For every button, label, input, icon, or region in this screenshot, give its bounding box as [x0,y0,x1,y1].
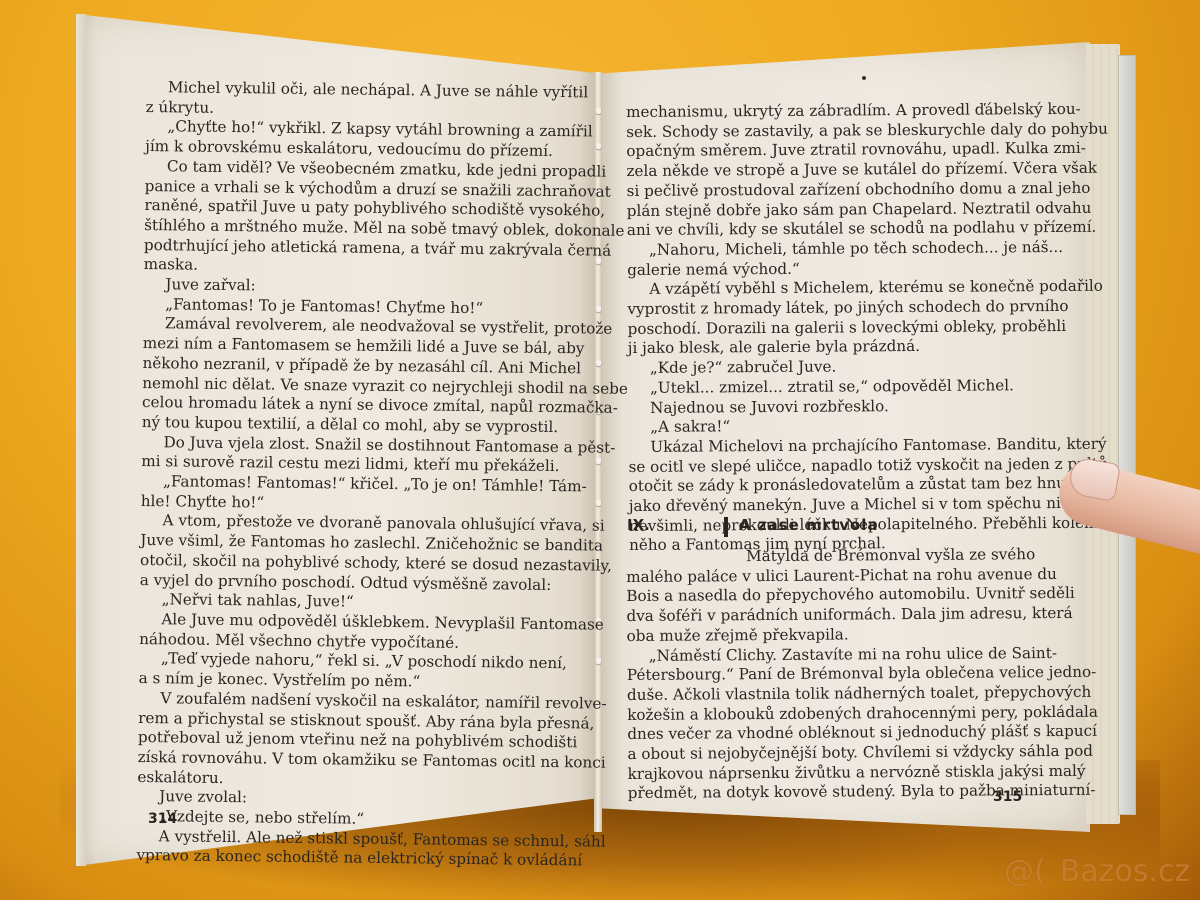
right-page-text-bottom: Matylda de Brémonval vyšla ze svéhomaléh… [626,545,1022,804]
text-line: se ocitl ve slepé uličce, napadlo totiž … [628,455,1022,477]
chapter-heading: IX. A zase mrtvola [627,516,1027,540]
watermark: @(Bazos.cz [1004,854,1190,889]
thumb-holding-page [1060,448,1200,558]
text-line: otočit se zády k pronásledovatelům a zůs… [629,475,1023,497]
stitch-mark [596,108,601,114]
text-line: a obout si nejobyčejnější boty. Chvílemi… [627,742,1021,764]
chapter-title: A zase mrtvola [739,516,879,534]
stitch-mark [596,143,601,149]
text-line: předmět, na dotyk kovově studený. Byla t… [628,782,1022,804]
text-line: ani ve chvíli, kdy se skutálel se schodů… [627,218,1021,240]
text-line: jako dřevěný manekýn. Juve a Michel si v… [629,494,1023,516]
chapter-divider-bar [724,517,728,537]
text-line: krajkovou náprsenku živůtku a nervózně s… [628,762,1022,784]
text-line: Ukázal Michelovi na prchajícího Fantomas… [628,435,1022,457]
stitch-mark [596,360,601,366]
bazos-logo-icon: @( [1004,854,1046,889]
text-line: sek. Schody se zastavily, a pak se blesk… [626,120,1020,142]
stitch-mark [596,658,601,664]
text-line: malého paláce v ulici Laurent-Pichat na … [626,565,1020,587]
text-line: Matylda de Brémonval vyšla ze svého [626,545,1020,567]
text-line: si pečlivě prostudoval zařízení obchodní… [627,179,1021,201]
watermark-text: Bazos.cz [1060,854,1190,889]
text-line: poschodí. Dorazili na galerii s loveckým… [628,317,1022,339]
text-line: A vzápětí vyběhl s Michelem, kterému se … [627,278,1021,300]
text-line: zela někde ve stropě a Juve se kutálel d… [626,159,1020,181]
text-line: kožešin a klobouků zdobených drahocenným… [627,703,1021,725]
text-line: dva šoféři v parádních uniformách. Dala … [626,604,1020,626]
text-line: „A sakra!“ [628,415,1022,437]
text-line: Najednou se Juvovi rozbřesklo. [628,396,1022,418]
text-line: galerie nemá východ.“ [627,258,1021,280]
page-number-left: 314 [148,811,177,827]
text-line: „Kde je?“ zabručel Juve. [628,356,1022,378]
text-line: „Náměstí Clichy. Zastavíte mi na rohu ul… [627,644,1021,666]
text-line: duše. Ačkoli vlastnila tolik nádherných … [627,683,1021,705]
chapter-number: IX. [627,516,650,534]
stitch-mark [596,306,601,312]
stitch-mark [596,458,601,464]
book-cover-edge [1118,55,1136,815]
text-line: mechanismu, ukrytý za zábradlím. A prove… [626,100,1020,122]
text-line: ji jako blesk, ale galerie byla prázdná. [628,337,1022,359]
page-number-right: 315 [993,789,1022,805]
text-line: Bois a nasedla do přepychového automobil… [626,585,1020,607]
left-page-edge [76,14,86,866]
text-line: opačným směrem. Juve ztratil rovnováhu, … [626,140,1020,162]
right-page-text-top: mechanismu, ukrytý za zábradlím. A prove… [626,100,1023,556]
stitch-mark [596,500,601,506]
left-page-text: Michel vykulil oči, ale nechápal. A Juve… [136,78,562,871]
text-line: Pétersbourg.“ Paní de Brémonval byla obl… [627,663,1021,685]
text-line: „Nahoru, Micheli, támhle po těch schodec… [627,238,1021,260]
page-speck [862,76,866,80]
text-line: oba muže zřejmě překvapila. [627,624,1021,646]
text-line: plán stejně dobře jako sám pan Chapelard… [627,199,1021,221]
text-line: vyprostit z hromady látek, po jiných sch… [627,297,1021,319]
text-line: dnes večer za vhodné obléknout si jednod… [627,723,1021,745]
text-line: „Utekl... zmizel... ztratil se,“ odpověd… [628,376,1022,398]
